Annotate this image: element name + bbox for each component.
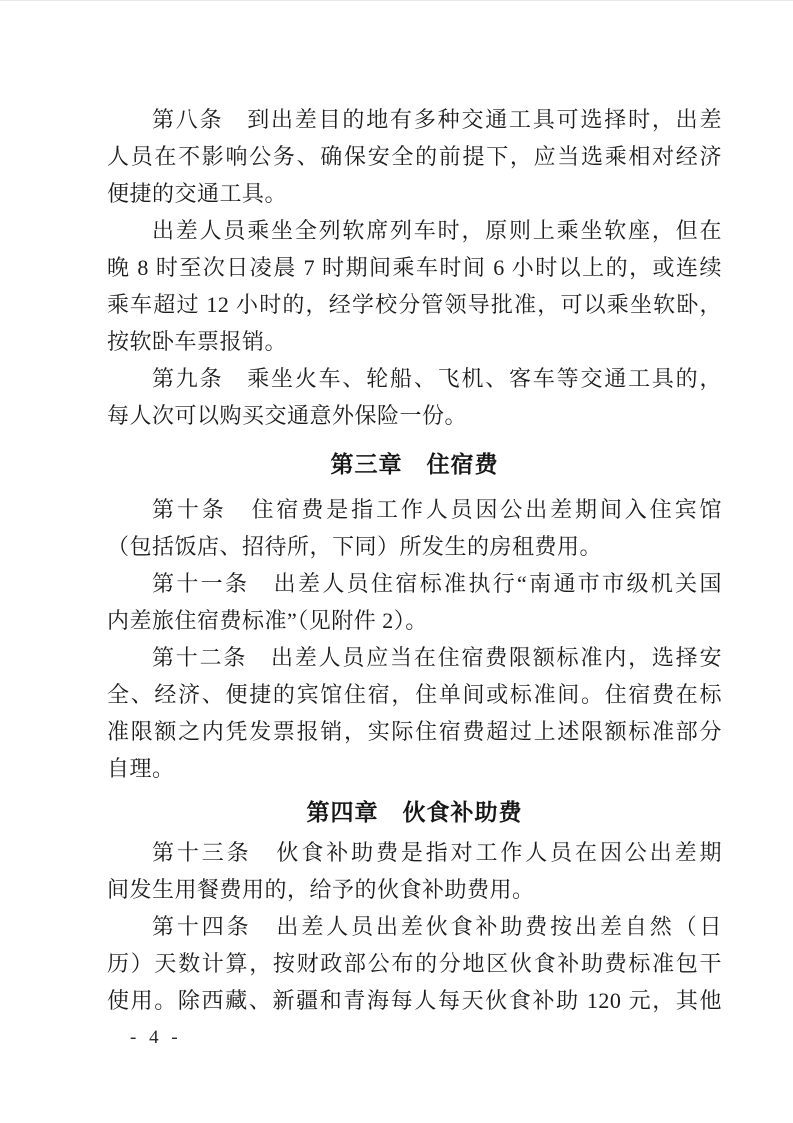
soft-sleeper-para-line-1: 出差人员乘坐全列软席列车时，原则上乘坐软座，但在 xyxy=(107,212,722,249)
article-10-line-1: 第十条 住宿费是指工作人员因公出差期间入住宾馆 xyxy=(107,491,722,528)
document-page: 第八条 到出差目的地有多种交通工具可选择时，出差 人员在不影响公务、确保安全的前… xyxy=(0,0,793,1123)
article-12-line-2: 全、经济、便捷的宾馆住宿，住单间或标准间。住宿费在标 xyxy=(107,676,722,713)
article-12-line-3: 准限额之内凭发票报销，实际住宿费超过上述限额标准部分 xyxy=(107,713,722,750)
article-11-line-2: 内差旅住宿费标准”（见附件 2）。 xyxy=(107,602,722,639)
article-8-line-3: 便捷的交通工具。 xyxy=(107,175,722,212)
article-14-line-3: 使用。除西藏、新疆和青海每人每天伙食补助 120 元，其他 xyxy=(107,982,722,1019)
article-13-line-2: 间发生用餐费用的，给予的伙食补助费用。 xyxy=(107,871,722,908)
article-11-line-1: 第十一条 出差人员住宿标准执行“南通市市级机关国 xyxy=(107,565,722,602)
article-12-line-4: 自理。 xyxy=(107,750,722,787)
soft-sleeper-para-line-2: 晚 8 时至次日凌晨 7 时期间乘车时间 6 小时以上的，或连续 xyxy=(107,249,722,286)
article-8-line-1: 第八条 到出差目的地有多种交通工具可选择时，出差 xyxy=(107,101,722,138)
chapter-4-heading: 第四章 伙食补助费 xyxy=(107,793,722,831)
article-14-line-1: 第十四条 出差人员出差伙食补助费按出差自然（日 xyxy=(107,908,722,945)
article-12-line-1: 第十二条 出差人员应当在住宿费限额标准内，选择安 xyxy=(107,639,722,676)
article-14-line-2: 历）天数计算，按财政部公布的分地区伙食补助费标准包干 xyxy=(107,945,722,982)
chapter-3-heading: 第三章 住宿费 xyxy=(107,445,722,483)
article-13-line-1: 第十三条 伙食补助费是指对工作人员在因公出差期 xyxy=(107,834,722,871)
soft-sleeper-para-line-4: 按软卧车票报销。 xyxy=(107,323,722,360)
article-8-line-2: 人员在不影响公务、确保安全的前提下，应当选乘相对经济 xyxy=(107,138,722,175)
document-body: 第八条 到出差目的地有多种交通工具可选择时，出差 人员在不影响公务、确保安全的前… xyxy=(107,101,722,1019)
page-number: - 4 - xyxy=(130,1027,182,1049)
article-9-line-1: 第九条 乘坐火车、轮船、飞机、客车等交通工具的， xyxy=(107,360,722,397)
article-9-line-2: 每人次可以购买交通意外保险一份。 xyxy=(107,397,722,434)
article-10-line-2: （包括饭店、招待所，下同）所发生的房租费用。 xyxy=(107,528,722,565)
soft-sleeper-para-line-3: 乘车超过 12 小时的，经学校分管领导批准，可以乘坐软卧， xyxy=(107,286,722,323)
